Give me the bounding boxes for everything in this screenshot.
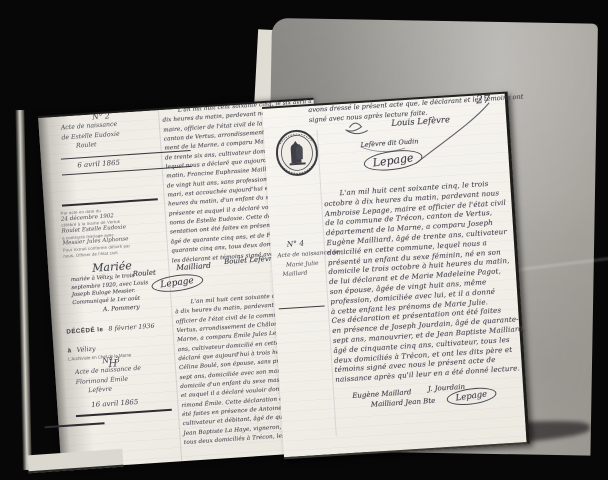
margin-rule-line xyxy=(45,422,105,428)
mention-note: Mariée mariée à Vélizy, le trois septemb… xyxy=(70,259,150,316)
signature-lepage: Lepage xyxy=(446,387,497,406)
margin-rule-line xyxy=(76,409,172,417)
marriage-mention-stamp: Par acte en date du 24 décembre 1902 cél… xyxy=(60,204,159,259)
deceased-label: DÉCÉDÉ le xyxy=(66,326,104,335)
overlay-loose-page: avons dressé le présent acte que, le déc… xyxy=(262,92,530,460)
act4-text: L'an mil huit cent soixante cinq, le tro… xyxy=(323,178,519,385)
book-spine-edge xyxy=(15,110,32,470)
archival-scan: N° 2 Acte de naissance de Estelle Eudoxi… xyxy=(0,0,608,480)
act3-number: N° 3 xyxy=(102,355,120,365)
deceased-place: Vélizy xyxy=(76,345,95,354)
act4-number: N° 4 xyxy=(286,239,304,249)
page-stack-edge xyxy=(27,449,123,474)
signature-oval: Lepage xyxy=(151,272,204,295)
act2-date: 6 avril 1865 xyxy=(77,159,120,170)
deceased-at: à xyxy=(67,347,71,354)
signature-lepage: Lepage xyxy=(363,149,423,172)
act3-margin-title: Acte de naissance de Florimond Émile Lef… xyxy=(75,364,143,397)
revenue-seal-stamp xyxy=(273,128,320,179)
deceased-date: 8 février 1936 xyxy=(108,322,155,333)
act2-margin-title: Acte de naissance de Estelle Eudoxie Rou… xyxy=(61,120,121,152)
signature: Mailliard xyxy=(176,261,211,272)
act3-date: 16 avril 1865 xyxy=(91,398,139,409)
signature-lepage: Lepage xyxy=(151,273,203,292)
